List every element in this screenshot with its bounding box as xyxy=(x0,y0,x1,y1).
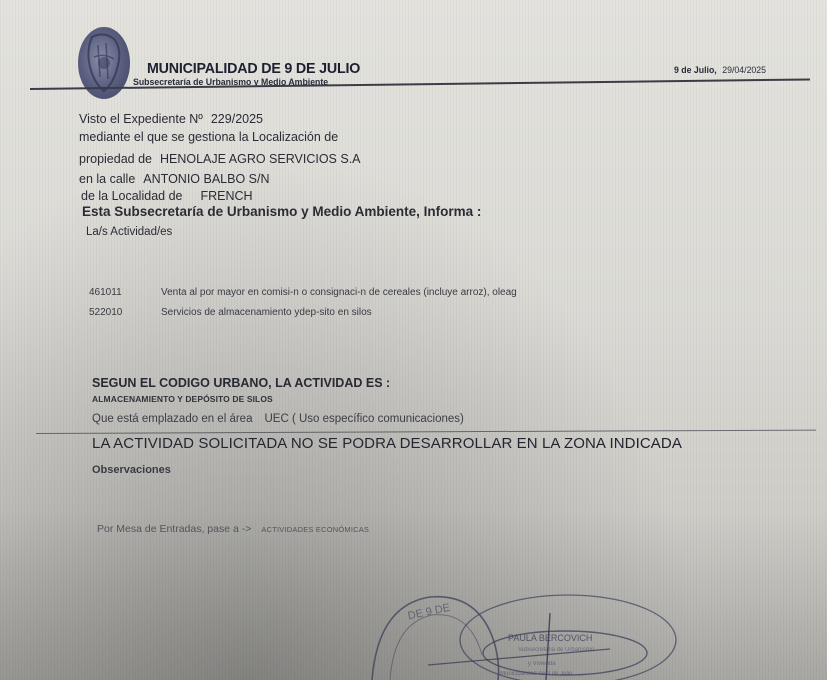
activity-row: 522010Servicios de almacenamiento ydep-s… xyxy=(89,307,372,318)
expediente-label: Visto el Expediente Nº xyxy=(79,112,203,126)
svg-text:PAULA BERCOVICH: PAULA BERCOVICH xyxy=(508,633,592,643)
calle-value: ANTONIO BALBO S/N xyxy=(143,172,269,186)
svg-text:Municipalidad de 9 de Julio: Municipalidad de 9 de Julio xyxy=(500,671,573,677)
activity-code: 522010 xyxy=(89,307,161,318)
municipality-title: MUNICIPALIDAD DE 9 DE JULIO xyxy=(147,60,360,77)
propiedad-value: HENOLAJE AGRO SERVICIOS S.A xyxy=(160,152,361,166)
activity-description: Servicios de almacenamiento ydep-sito en… xyxy=(161,307,372,318)
mesa-label: Por Mesa de Entradas, pase a -> xyxy=(97,523,251,535)
activity-description: Venta al por mayor en comisi-n o consign… xyxy=(161,287,517,298)
localidad-value: FRENCH xyxy=(200,189,252,203)
actividades-label: La/s Actividad/es xyxy=(86,226,172,238)
propiedad-label: propiedad de xyxy=(79,152,152,166)
svg-text:DE 9 DE: DE 9 DE xyxy=(407,602,451,623)
propiedad-line: propiedad deHENOLAJE AGRO SERVICIOS S.A xyxy=(79,152,361,166)
svg-text:y Vivienda: y Vivienda xyxy=(528,661,556,667)
calle-label: en la calle xyxy=(79,172,135,186)
localidad-line: de la Localidad deFRENCH xyxy=(81,189,253,203)
informa-heading: Esta Subsecretaría de Urbanismo y Medio … xyxy=(82,204,481,219)
svg-text:Subsecretaria de Urbanismo: Subsecretaria de Urbanismo xyxy=(518,647,595,653)
verdict-text: LA ACTIVIDAD SOLICITADA NO SE PODRA DESA… xyxy=(92,435,682,452)
stamps-and-signature: DE 9 DE PAULA BERCOVICH Subsecretaria de… xyxy=(360,585,680,680)
area-label: Que está emplazado en el área xyxy=(92,413,252,425)
mesa-entradas-line: Por Mesa de Entradas, pase a ->ACTIVIDAD… xyxy=(97,523,369,535)
document-date: 9 de Julio,29/04/2025 xyxy=(674,65,766,76)
date-value: 29/04/2025 xyxy=(722,65,766,76)
expediente-line: Visto el Expediente Nº229/2025 xyxy=(79,112,263,126)
official-stamp-icon: DE 9 DE PAULA BERCOVICH Subsecretaria de… xyxy=(360,585,680,680)
calle-line: en la calleANTONIO BALBO S/N xyxy=(79,172,270,186)
expediente-value: 229/2025 xyxy=(211,112,263,126)
verdict-divider xyxy=(36,430,816,434)
area-line: Que está emplazado en el áreaUEC ( Uso e… xyxy=(92,413,464,425)
activity-row: 461011Venta al por mayor en comisi-n o c… xyxy=(89,287,517,298)
localidad-label: de la Localidad de xyxy=(81,189,182,203)
activity-classification: ALMACENAMIENTO Y DEPÓSITO DE SILOS xyxy=(92,394,273,404)
codigo-urbano-heading: SEGUN EL CODIGO URBANO, LA ACTIVIDAD ES … xyxy=(92,376,390,390)
activity-code: 461011 xyxy=(89,287,161,298)
observaciones-label: Observaciones xyxy=(92,464,171,476)
area-value: UEC ( Uso específico comunicaciones) xyxy=(264,413,463,425)
mediante-line: mediante el que se gestiona la Localizac… xyxy=(79,130,338,144)
mesa-destination: ACTIVIDADES ECONÓMICAS xyxy=(261,525,369,534)
place-label: 9 de Julio, xyxy=(674,65,717,76)
